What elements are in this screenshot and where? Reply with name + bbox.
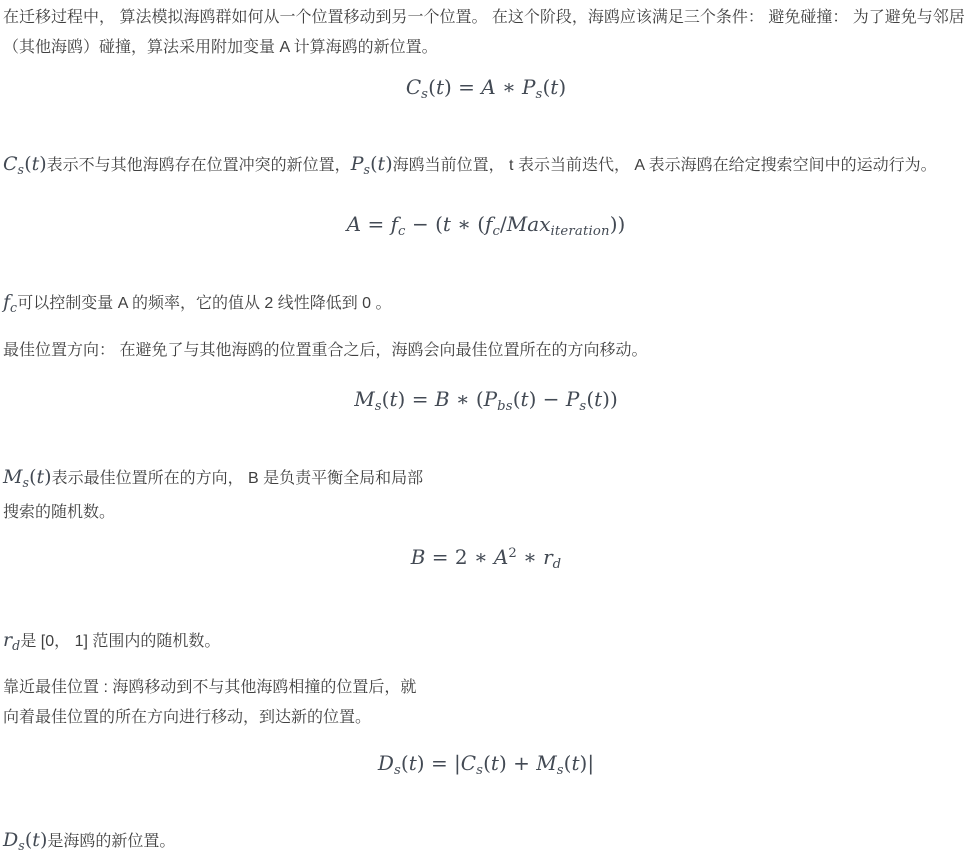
math-token: ( <box>428 75 436 99</box>
math-token: ( <box>513 387 521 411</box>
math-token: ∗ <box>496 75 522 99</box>
math-token: C <box>461 751 476 775</box>
math-token: r <box>543 545 553 569</box>
math-token: ) <box>44 466 51 488</box>
inline-math: fc <box>3 291 17 313</box>
math-token: ∗ ( <box>450 387 484 411</box>
text-run: 向着最佳位置的所在方向进行移动，到达新的位置。 <box>3 709 371 726</box>
math-token: A <box>494 545 508 569</box>
math-token: ∗ <box>517 545 543 569</box>
paragraph: Ds(t)是海鸥的新位置。 <box>3 825 969 861</box>
text-run: 在迁移过程中， 算法模拟海鸥群如何从一个位置移动到另一个位置。 在这个阶段，海鸥… <box>3 9 965 56</box>
inline-math: rd <box>3 629 20 651</box>
inline-math: Ps(t) <box>351 153 393 175</box>
math-token: ( <box>483 751 491 775</box>
math-token: ( <box>370 153 377 175</box>
math-token: t <box>436 75 444 99</box>
math-token: A <box>347 212 361 236</box>
paragraph: Ms(t)表示最佳位置所在的方向， B 是负责平衡全局和局部搜索的随机数。 <box>3 462 969 528</box>
math-token: P <box>522 75 535 99</box>
paragraph: 靠近最佳位置 : 海鸥移动到不与其他海鸥相撞的位置后，就向着最佳位置的所在方向进… <box>3 673 969 733</box>
math-token: c <box>398 224 406 239</box>
formula-math: Ms(t) = B ∗ (Pbs(t) − Ps(t)) <box>354 387 618 411</box>
math-token: iteration <box>550 224 609 239</box>
math-token: P <box>351 153 364 175</box>
math-token: C <box>406 75 421 99</box>
display-formula: Ms(t) = B ∗ (Pbs(t) − Ps(t)) <box>3 377 969 429</box>
display-formula: A = fc − (t ∗ (fc/Maxiteration)) <box>3 202 969 254</box>
math-token: )| <box>580 751 595 775</box>
math-token: t <box>571 751 579 775</box>
math-token: t <box>32 829 40 851</box>
text-run: 可以控制变量 A 的频率，它的值从 2 线性降低到 0 。 <box>17 295 391 312</box>
math-token: M <box>536 751 556 775</box>
article-body: 在迁移过程中， 算法模拟海鸥群如何从一个位置移动到另一个位置。 在这个阶段，海鸥… <box>3 3 969 861</box>
math-token: ( <box>29 466 36 488</box>
math-token: s <box>394 763 401 778</box>
math-token: s <box>557 763 564 778</box>
math-token: ) = | <box>417 751 461 775</box>
math-token: ) + <box>499 751 536 775</box>
math-token: 2 <box>508 546 516 561</box>
math-token: D <box>3 829 18 851</box>
math-token: d <box>553 557 562 572</box>
paragraph: fc可以控制变量 A 的频率，它的值从 2 线性降低到 0 。 <box>3 287 969 323</box>
math-token: Max <box>507 212 551 236</box>
math-token: ) <box>385 153 392 175</box>
math-token: ) <box>39 153 46 175</box>
math-token: s <box>375 400 382 415</box>
inline-math: Cs(t) <box>3 153 47 175</box>
text-run: 表示不与其他海鸥存在位置冲突的新位置， <box>47 157 351 174</box>
math-token: = <box>361 212 390 236</box>
math-token: r <box>3 629 12 651</box>
math-token: bs <box>497 400 513 415</box>
paragraph: 在迁移过程中， 算法模拟海鸥群如何从一个位置移动到另一个位置。 在这个阶段，海鸥… <box>3 3 969 63</box>
math-token: t <box>594 387 602 411</box>
document-page: 在迁移过程中， 算法模拟海鸥群如何从一个位置移动到另一个位置。 在这个阶段，海鸥… <box>0 0 975 861</box>
math-token: / <box>500 212 507 236</box>
math-token: f <box>391 212 398 236</box>
math-token: ) = <box>398 387 435 411</box>
math-token: )) <box>602 387 618 411</box>
math-token: t <box>443 212 451 236</box>
math-token: c <box>492 224 500 239</box>
text-run: 表示最佳位置所在的方向， B 是负责平衡全局和局部 <box>52 470 424 487</box>
math-token: P <box>566 387 579 411</box>
math-token: M <box>354 387 374 411</box>
text-run: 搜索的随机数。 <box>3 504 115 521</box>
formula-math: Cs(t) = A ∗ Ps(t) <box>406 75 566 99</box>
math-token: ( <box>401 751 409 775</box>
math-token: − ( <box>406 212 443 236</box>
display-formula: Ds(t) = |Cs(t) + Ms(t)| <box>3 741 969 793</box>
math-token: ) = <box>444 75 481 99</box>
math-token: )) <box>610 212 626 236</box>
math-token: t <box>491 751 499 775</box>
formula-math: A = fc − (t ∗ (fc/Maxiteration)) <box>347 212 626 236</box>
text-run: 海鸥当前位置， t 表示当前迭代， A 表示海鸥在给定搜索空间中的运动行为。 <box>393 157 937 174</box>
math-token: t <box>409 751 417 775</box>
math-token: P <box>484 387 497 411</box>
math-token: t <box>389 387 397 411</box>
math-token: B <box>411 545 426 569</box>
display-formula: Cs(t) = A ∗ Ps(t) <box>3 65 969 117</box>
text-run: 最佳位置方向： 在避免了与其他海鸥的位置重合之后，海鸥会向最佳位置所在的方向移动… <box>3 342 647 359</box>
math-token: C <box>3 153 18 175</box>
paragraph: 最佳位置方向： 在避免了与其他海鸥的位置重合之后，海鸥会向最佳位置所在的方向移动… <box>3 336 969 366</box>
paragraph: Cs(t)表示不与其他海鸥存在位置冲突的新位置，Ps(t)海鸥当前位置， t 表… <box>3 149 969 185</box>
math-token: ∗ ( <box>451 212 485 236</box>
formula-math: Ds(t) = |Cs(t) + Ms(t)| <box>378 751 594 775</box>
inline-math: Ds(t) <box>3 829 47 851</box>
inline-math: Ms(t) <box>3 466 52 488</box>
math-token: M <box>3 466 22 488</box>
text-run: 是 [0， 1] 范围内的随机数。 <box>20 633 220 650</box>
math-token: t <box>521 387 529 411</box>
paragraph: rd是 [0， 1] 范围内的随机数。 <box>3 625 969 661</box>
math-token: D <box>378 751 394 775</box>
formula-math: B = 2 ∗ A2 ∗ rd <box>411 545 562 569</box>
math-token: B <box>435 387 450 411</box>
math-token: ( <box>586 387 594 411</box>
math-token: = 2 ∗ <box>425 545 494 569</box>
text-run: 是海鸥的新位置。 <box>47 833 175 850</box>
math-token: ) <box>558 75 566 99</box>
display-formula: B = 2 ∗ A2 ∗ rd <box>3 532 969 587</box>
math-token: ( <box>24 153 31 175</box>
math-token: f <box>3 291 10 313</box>
math-token: s <box>18 838 25 853</box>
math-token: A <box>481 75 495 99</box>
text-run: 靠近最佳位置 : 海鸥移动到不与其他海鸥相撞的位置后，就 <box>3 679 416 696</box>
math-token: ) − <box>529 387 566 411</box>
